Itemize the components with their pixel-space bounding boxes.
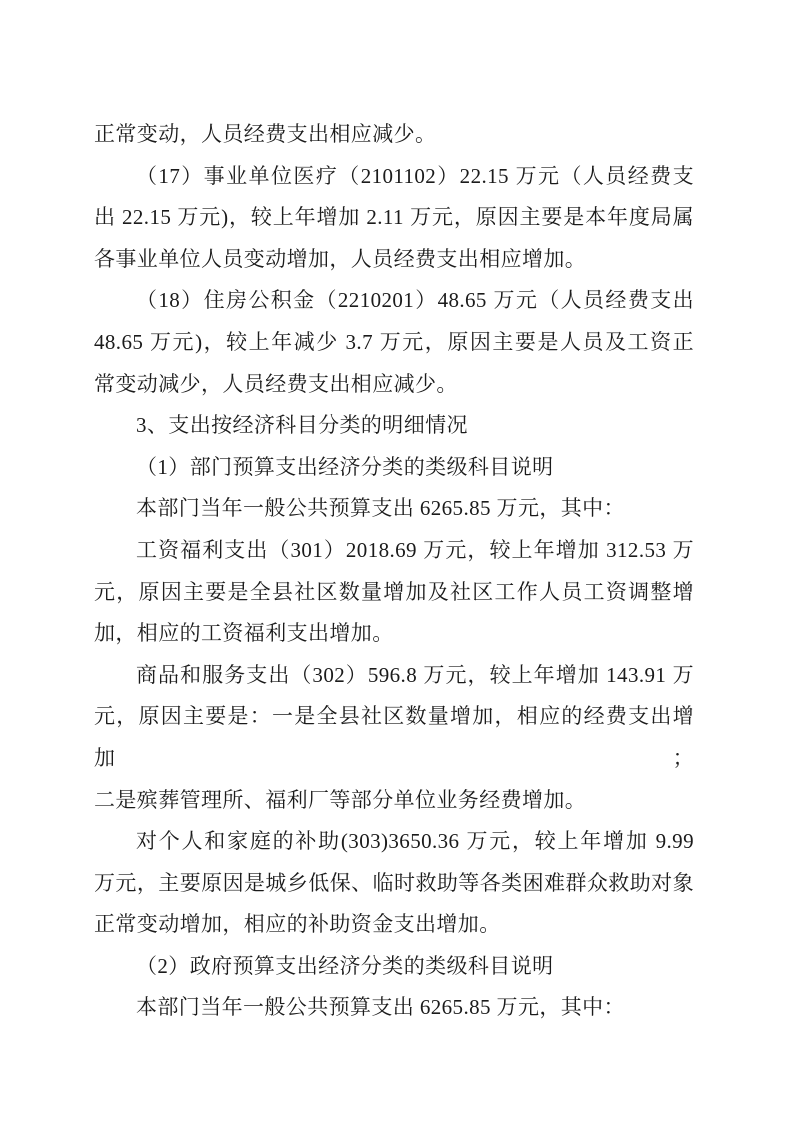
text-line: 正常变动，人员经费支出相应减少。 <box>94 114 694 156</box>
text-line: 正常变动增加，相应的补助资金支出增加。 <box>94 904 694 946</box>
text-line: 万元，主要原因是城乡低保、临时救助等各类困难群众救助对象 <box>94 863 694 905</box>
text-line: 商品和服务支出（302）596.8 万元，较上年增加 143.91 万 <box>94 655 694 697</box>
text-line: 3、支出按经济科目分类的明细情况 <box>94 405 694 447</box>
text-line: 二是殡葬管理所、福利厂等部分单位业务经费增加。 <box>94 780 694 822</box>
text-line: 出 22.15 万元)，较上年增加 2.11 万元，原因主要是本年度局属 <box>94 197 694 239</box>
text-line: 本部门当年一般公共预算支出 6265.85 万元，其中： <box>94 488 694 530</box>
text-line: （17）事业单位医疗（2101102）22.15 万元（人员经费支 <box>94 156 694 198</box>
text-line: 本部门当年一般公共预算支出 6265.85 万元，其中： <box>94 987 694 1029</box>
text-line: 48.65 万元)，较上年减少 3.7 万元，原因主要是人员及工资正 <box>94 322 694 364</box>
text-line: 对个人和家庭的补助(303)3650.36 万元，较上年增加 9.99 <box>94 821 694 863</box>
text-line: （1）部门预算支出经济分类的类级科目说明 <box>94 447 694 489</box>
text-line: 工资福利支出（301）2018.69 万元，较上年增加 312.53 万 <box>94 530 694 572</box>
document-page: 正常变动，人员经费支出相应减少。（17）事业单位医疗（2101102）22.15… <box>0 0 793 1122</box>
text-line: 元，原因主要是：一是全县社区数量增加，相应的经费支出增加； <box>94 696 694 779</box>
text-line: 常变动减少，人员经费支出相应减少。 <box>94 364 694 406</box>
document-body-text: 正常变动，人员经费支出相应减少。（17）事业单位医疗（2101102）22.15… <box>94 114 694 1029</box>
text-line: 加，相应的工资福利支出增加。 <box>94 613 694 655</box>
text-line: （2）政府预算支出经济分类的类级科目说明 <box>94 946 694 988</box>
text-line: 元，原因主要是全县社区数量增加及社区工作人员工资调整增 <box>94 572 694 614</box>
text-line: （18）住房公积金（2210201）48.65 万元（人员经费支出 <box>94 280 694 322</box>
text-line: 各事业单位人员变动增加，人员经费支出相应增加。 <box>94 239 694 281</box>
